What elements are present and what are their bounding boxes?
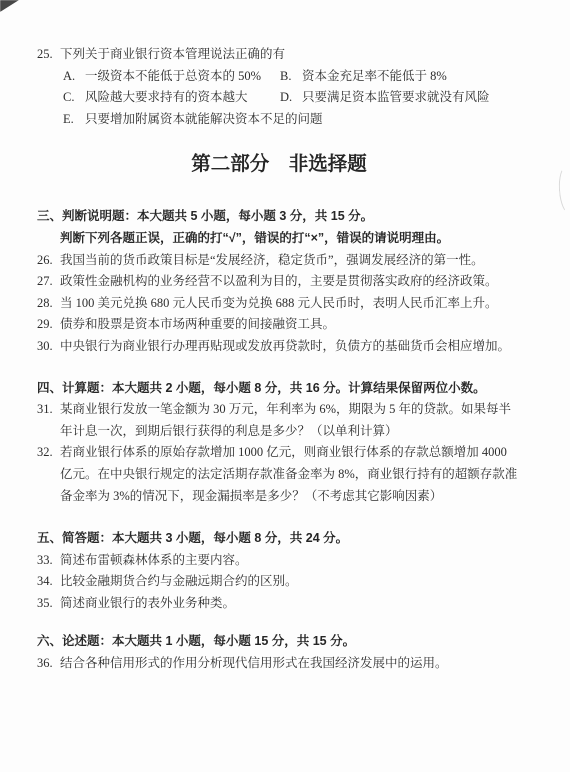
question-text: 结合各种信用形式的作用分析现代信用形式在我国经济发展中的运用。 xyxy=(60,653,521,675)
question-28: 28. 当 100 美元兑换 680 元人民币变为兑换 688 元人民币时，表明… xyxy=(37,293,521,315)
section-calculation: 四、计算题：本大题共 2 小题，每小题 8 分，共 16 分。计算结果保留两位小… xyxy=(37,378,521,508)
section-judgment-heading: 三、判断说明题：本大题共 5 小题，每小题 3 分，共 15 分。 xyxy=(37,206,521,228)
question-text: 债券和股票是资本市场两种重要的间接融资工具。 xyxy=(60,314,521,336)
section-calculation-heading: 四、计算题：本大题共 2 小题，每小题 8 分，共 16 分。计算结果保留两位小… xyxy=(37,378,521,400)
option-d: D. 只要满足资本监管要求就没有风险 xyxy=(280,87,521,109)
question-number: 29. xyxy=(37,314,60,336)
question-number: 25. xyxy=(37,44,60,66)
question-number: 35. xyxy=(37,593,60,615)
option-label: D. xyxy=(280,87,302,109)
question-26: 26. 我国当前的货币政策目标是“发展经济，稳定货币”，强调发展经济的第一性。 xyxy=(37,250,521,272)
question-29: 29. 债券和股票是资本市场两种重要的间接融资工具。 xyxy=(37,314,521,336)
question-35: 35. 简述商业银行的表外业务种类。 xyxy=(37,593,521,615)
option-text: 一级资本不能低于总资本的 50% xyxy=(85,66,261,88)
question-number: 33. xyxy=(37,550,60,572)
option-label: A. xyxy=(63,66,85,88)
option-text: 只要满足资本监管要求就没有风险 xyxy=(302,87,490,109)
judgment-instructions: 判断下列各题正误，正确的打“√”，错误的打“×”，错误的请说明理由。 xyxy=(60,228,521,250)
question-text: 若商业银行体系的原始存款增加 1000 亿元，则商业银行体系的存款总额增加 40… xyxy=(60,442,521,507)
option-text: 风险越大要求持有的资本越大 xyxy=(85,87,248,109)
question-25: 25. 下列关于商业银行资本管理说法正确的有 xyxy=(37,44,521,66)
option-text: 资本金充足率不能低于 8% xyxy=(302,66,447,88)
question-number: 32. xyxy=(37,442,60,464)
exam-page: 25. 下列关于商业银行资本管理说法正确的有 A. 一级资本不能低于总资本的 5… xyxy=(0,0,570,772)
part-2-header: 第二部分 非选择题 xyxy=(37,150,521,178)
question-text: 某商业银行发放一笔金额为 30 万元，年利率为 6%，期限为 5 年的贷款。如果… xyxy=(60,399,521,442)
option-a: A. 一级资本不能低于总资本的 50% xyxy=(63,66,280,88)
question-34: 34. 比较金融期货合约与金融远期合约的区别。 xyxy=(37,571,521,593)
section-judgment: 三、判断说明题：本大题共 5 小题，每小题 3 分，共 15 分。 判断下列各题… xyxy=(37,206,521,357)
question-25-options: A. 一级资本不能低于总资本的 50% B. 资本金充足率不能低于 8% C. … xyxy=(63,66,521,131)
question-text: 下列关于商业银行资本管理说法正确的有 xyxy=(60,44,521,66)
page-content: 25. 下列关于商业银行资本管理说法正确的有 A. 一级资本不能低于总资本的 5… xyxy=(37,44,521,675)
question-27: 27. 政策性金融机构的业务经营不以盈利为目的，主要是贯彻落实政府的经济政策。 xyxy=(37,271,521,293)
question-number: 31. xyxy=(37,399,60,421)
option-c: C. 风险越大要求持有的资本越大 xyxy=(63,87,280,109)
question-text: 简述商业银行的表外业务种类。 xyxy=(60,593,521,615)
question-number: 34. xyxy=(37,571,60,593)
question-33: 33. 简述布雷顿森林体系的主要内容。 xyxy=(37,550,521,572)
option-label: B. xyxy=(280,66,302,88)
option-label: E. xyxy=(63,109,85,131)
question-text: 中央银行为商业银行办理再贴现或发放再贷款时，负债方的基础货币会相应增加。 xyxy=(60,336,521,358)
option-e: E. 只要增加附属资本就能解决资本不足的问题 xyxy=(63,109,521,131)
question-text: 政策性金融机构的业务经营不以盈利为目的，主要是贯彻落实政府的经济政策。 xyxy=(60,271,521,293)
option-label: C. xyxy=(63,87,85,109)
scan-edge-artifact xyxy=(557,165,570,214)
question-text: 当 100 美元兑换 680 元人民币变为兑换 688 元人民币时，表明人民币汇… xyxy=(60,293,521,315)
question-31: 31. 某商业银行发放一笔金额为 30 万元，年利率为 6%，期限为 5 年的贷… xyxy=(37,399,521,442)
question-number: 36. xyxy=(37,653,60,675)
section-short-answer-heading: 五、简答题：本大题共 3 小题，每小题 8 分，共 24 分。 xyxy=(37,528,521,550)
section-short-answer: 五、简答题：本大题共 3 小题，每小题 8 分，共 24 分。 33. 简述布雷… xyxy=(37,528,521,614)
question-number: 30. xyxy=(37,336,60,358)
question-text: 比较金融期货合约与金融远期合约的区别。 xyxy=(60,571,521,593)
question-30: 30. 中央银行为商业银行办理再贴现或发放再贷款时，负债方的基础货币会相应增加。 xyxy=(37,336,521,358)
option-b: B. 资本金充足率不能低于 8% xyxy=(280,66,521,88)
question-text: 简述布雷顿森林体系的主要内容。 xyxy=(60,550,521,572)
question-number: 26. xyxy=(37,250,60,272)
question-36: 36. 结合各种信用形式的作用分析现代信用形式在我国经济发展中的运用。 xyxy=(37,653,521,675)
section-essay-heading: 六、论述题：本大题共 1 小题，每小题 15 分，共 15 分。 xyxy=(37,631,521,653)
scan-corner-artifact xyxy=(0,0,19,12)
question-number: 27. xyxy=(37,271,60,293)
option-text: 只要增加附属资本就能解决资本不足的问题 xyxy=(85,109,323,131)
section-essay: 六、论述题：本大题共 1 小题，每小题 15 分，共 15 分。 36. 结合各… xyxy=(37,631,521,674)
question-number: 28. xyxy=(37,293,60,315)
question-32: 32. 若商业银行体系的原始存款增加 1000 亿元，则商业银行体系的存款总额增… xyxy=(37,442,521,507)
question-text: 我国当前的货币政策目标是“发展经济，稳定货币”，强调发展经济的第一性。 xyxy=(60,250,521,272)
